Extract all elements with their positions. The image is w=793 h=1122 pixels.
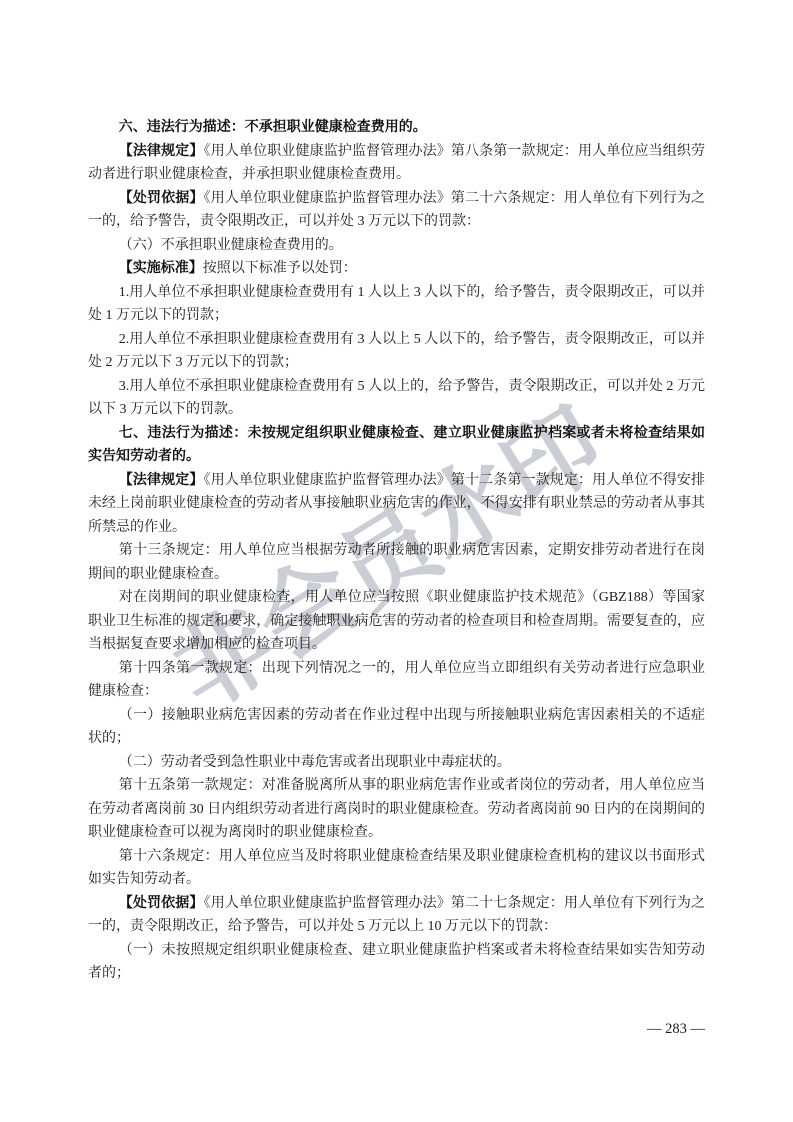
- paragraph-text: 第十三条规定：用人单位应当根据劳动者所接触的职业病危害因素，定期安排劳动者进行在…: [88, 543, 705, 582]
- paragraph: 3.用人单位不承担职业健康检查费用有 5 人以上的，给予警告，责令限期改正，可以…: [88, 375, 705, 422]
- section-heading: 六、违法行为描述：不承担职业健康检查费用的。: [88, 116, 705, 140]
- paragraph: 第十四条第一款规定：出现下列情况之一的，用人单位应当立即组织有关劳动者进行应急职…: [88, 657, 705, 704]
- paragraph: 第十五条第一款规定：对准备脱离所从事的职业病危害作业或者岗位的劳动者，用人单位应…: [88, 774, 705, 845]
- paragraph: 【法律规定】《用人单位职业健康监护监督管理办法》第八条第一款规定：用人单位应当组…: [88, 140, 705, 187]
- paragraph-text: 1.用人单位不承担职业健康检查费用有 1 人以上 3 人以下的，给予警告，责令限…: [88, 285, 705, 324]
- paragraph-text: 第十四条第一款规定：出现下列情况之一的，用人单位应当立即组织有关劳动者进行应急职…: [88, 661, 705, 700]
- paragraph-text: 第十五条第一款规定：对准备脱离所从事的职业病危害作业或者岗位的劳动者，用人单位应…: [88, 778, 705, 840]
- paragraph-text: （二）劳动者受到急性职业中毒危害或者出现职业中毒症状的。: [119, 755, 511, 770]
- paragraph-text: 不承担职业健康检查费用的。: [245, 120, 427, 135]
- paragraph: （一）接触职业病危害因素的劳动者在作业过程中出现与所接触职业病危害因素相关的不适…: [88, 704, 705, 751]
- paragraph: 对在岗期间的职业健康检查，用人单位应当按照《职业健康监护技术规范》（GBZ188…: [88, 586, 705, 657]
- paragraph-text: 按照以下标准予以处罚：: [203, 261, 357, 276]
- paragraph-label: 【实施标准】: [119, 261, 203, 276]
- page-footer: — 283 —: [88, 1019, 705, 1039]
- paragraph: 第十三条规定：用人单位应当根据劳动者所接触的职业病危害因素，定期安排劳动者进行在…: [88, 539, 705, 586]
- paragraph-label: 【法律规定】: [119, 144, 204, 159]
- paragraph-text: 3.用人单位不承担职业健康检查费用有 5 人以上的，给予警告，责令限期改正，可以…: [88, 379, 705, 418]
- paragraph-label: 【处罚依据】: [119, 896, 204, 911]
- paragraph-text: 对在岗期间的职业健康检查，用人单位应当按照《职业健康监护技术规范》（GBZ188…: [88, 590, 705, 652]
- paragraph-text: 第十六条规定：用人单位应当及时将职业健康检查结果及职业健康检查机构的建议以书面形…: [88, 849, 705, 888]
- paragraph-text: （一）接触职业病危害因素的劳动者在作业过程中出现与所接触职业病危害因素相关的不适…: [88, 708, 705, 747]
- paragraph: 【法律规定】《用人单位职业健康监护监督管理办法》第十二条第一款规定：用人单位不得…: [88, 469, 705, 540]
- paragraph: 第十六条规定：用人单位应当及时将职业健康检查结果及职业健康检查机构的建议以书面形…: [88, 845, 705, 892]
- document-body: 六、违法行为描述：不承担职业健康检查费用的。【法律规定】《用人单位职业健康监护监…: [88, 116, 705, 986]
- paragraph-label: 七、违法行为描述：: [119, 426, 248, 441]
- document-page: 非会员水印 六、违法行为描述：不承担职业健康检查费用的。【法律规定】《用人单位职…: [0, 0, 793, 1122]
- paragraph: 【实施标准】按照以下标准予以处罚：: [88, 257, 705, 281]
- paragraph: （二）劳动者受到急性职业中毒危害或者出现职业中毒症状的。: [88, 751, 705, 775]
- paragraph: 【处罚依据】《用人单位职业健康监护监督管理办法》第二十七条规定：用人单位有下列行…: [88, 892, 705, 939]
- paragraph-label: 【法律规定】: [119, 473, 204, 488]
- paragraph: 【处罚依据】《用人单位职业健康监护监督管理办法》第二十六条规定：用人单位有下列行…: [88, 187, 705, 234]
- paragraph-text: 2.用人单位不承担职业健康检查费用有 3 人以上 5 人以下的，给予警告，责令限…: [88, 332, 705, 371]
- paragraph: （六）不承担职业健康检查费用的。: [88, 234, 705, 258]
- paragraph: 2.用人单位不承担职业健康检查费用有 3 人以上 5 人以下的，给予警告，责令限…: [88, 328, 705, 375]
- paragraph-label: 六、违法行为描述：: [119, 120, 245, 135]
- paragraph: （一）未按照规定组织职业健康检查、建立职业健康监护档案或者未将检查结果如实告知劳…: [88, 939, 705, 986]
- section-heading: 七、违法行为描述：未按规定组织职业健康检查、建立职业健康监护档案或者未将检查结果…: [88, 422, 705, 469]
- paragraph-text: （一）未按照规定组织职业健康检查、建立职业健康监护档案或者未将检查结果如实告知劳…: [88, 943, 705, 982]
- paragraph-text: （六）不承担职业健康检查费用的。: [119, 238, 343, 253]
- page-number: — 283 —: [647, 1021, 705, 1037]
- paragraph-label: 【处罚依据】: [119, 191, 204, 206]
- paragraph: 1.用人单位不承担职业健康检查费用有 1 人以上 3 人以下的，给予警告，责令限…: [88, 281, 705, 328]
